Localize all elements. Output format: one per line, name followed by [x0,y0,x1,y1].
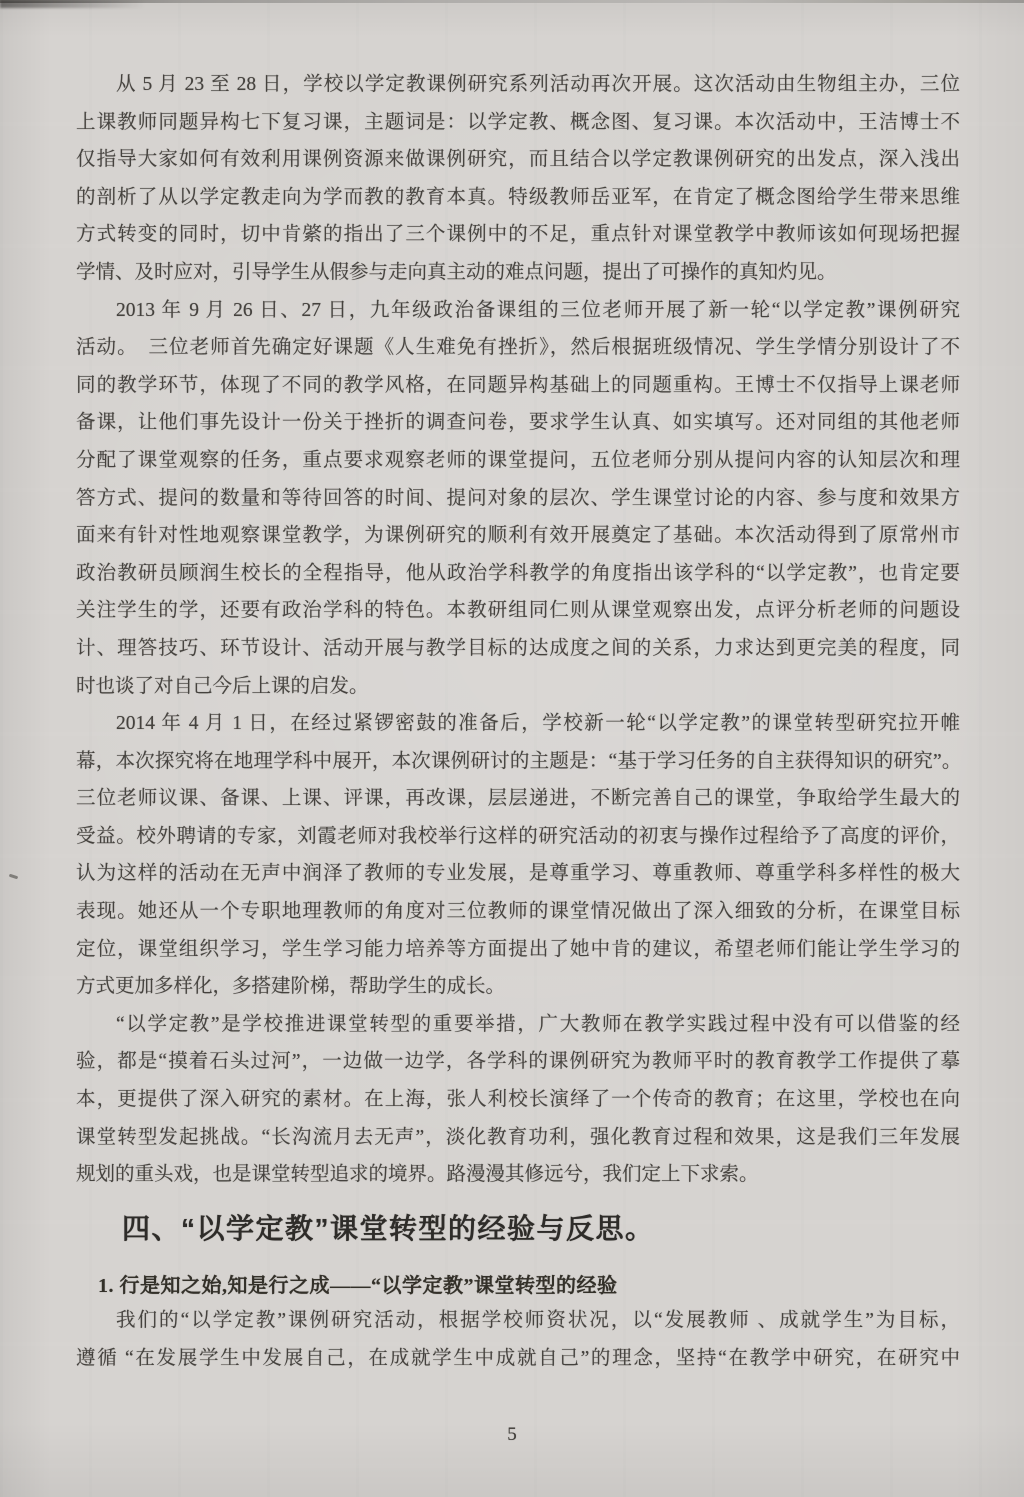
text-line: 受益。校外聘请的专家，刘霞老师对我校举行这样的研究活动的初衷与操作过程给予了高度… [76,818,960,856]
text-line: 政治教研员顾润生校长的全程指导，他从政治学科教学的角度指出该学科的“以学定教”，… [76,555,960,593]
text-line: 定位，课堂组织学习，学生学习能力培养等方面提出了她中肯的建议，希望老师们能让学生… [76,931,960,969]
text-line: 本，更提供了深入研究的素材。在上海，张人利校长演绎了一个传奇的教育；在这里，学校… [76,1081,960,1119]
text-line: 遵循 “在发展学生中发展自己，在成就学生中成就自己”的理念，坚持“在教学中研究，… [76,1340,960,1378]
text-line: 三位老师议课、备课、上课、评课，再改课，层层递进，不断完善自己的课堂，争取给学生… [76,780,960,818]
text-line: 规划的重头戏，也是课堂转型追求的境界。路漫漫其修远兮，我们定上下求索。 [76,1156,960,1194]
scan-corner-shadow [0,0,170,8]
document-page: 从 5 月 23 至 28 日，学校以学定教课例研究系列活动再次开展。这次活动由… [0,0,1024,1497]
text-line: 方式更加多样化，多搭建阶梯，帮助学生的成长。 [76,968,960,1006]
text-line: 验，都是“摸着石头过河”，一边做一边学，各学科的课例研究为教师平时的教育教学工作… [76,1043,960,1081]
text-line: 答方式、提问的数量和等待回答的时间、提问对象的层次、学生课堂讨论的内容、参与度和… [76,480,960,518]
text-line: 2014 年 4 月 1 日，在经过紧锣密鼓的准备后，学校新一轮“以学定教”的课… [76,705,960,743]
text-line: 学情、及时应对，引导学生从假参与走向真主动的难点问题，提出了可操作的真知灼见。 [76,254,960,292]
text-line: 仅指导大家如何有效利用课例资源来做课例研究，而且结合以学定教课例研究的出发点，深… [76,141,960,179]
text-line: 分配了课堂观察的任务，重点要求观察老师的课堂提问，五位老师分别从提问内容的认知层… [76,442,960,480]
text-line: 我们的“以学定教”课例研究活动，根据学校师资状况，以“发展教师 、成就学生”为目… [76,1302,960,1340]
text-line: 计、理答技巧、环节设计、活动开展与教学目标的达成度之间的关系，力求达到更完美的程… [76,630,960,668]
text-line: 幕，本次探究将在地理学科中展开，本次课例研讨的主题是：“基于学习任务的自主获得知… [76,743,960,781]
text-line: 的剖析了从以学定教走向为学而教的教育本真。特级教师岳亚军，在肯定了概念图给学生带… [76,179,960,217]
paragraph: 我们的“以学定教”课例研究活动，根据学校师资状况，以“发展教师 、成就学生”为目… [76,1302,960,1378]
text-line: 表现。她还从一个专职地理教师的角度对三位教师的课堂情况做出了深入细致的分析，在课… [76,893,960,931]
text-line: 课堂转型发起挑战。“长沟流月去无声”，淡化教育功利，强化教育过程和效果，这是我们… [76,1119,960,1157]
text-line: 面来有针对性地观察课堂教学，为课例研究的顺利有效开展奠定了基础。本次活动得到了原… [76,517,960,555]
page-number: 5 [0,1424,1024,1446]
subsection-heading: 1. 行是知之始,知是行之成——“以学定教”课堂转型的经验 [76,1272,960,1300]
text-line: 关注学生的学，还要有政治学科的特色。本教研组同仁则从课堂观察出发，点评分析老师的… [76,592,960,630]
text-line: 备课，让他们事先设计一份关于挫折的调查问卷，要求学生认真、如实填写。还对同组的其… [76,404,960,442]
text-line: “以学定教”是学校推进课堂转型的重要举措，广大教师在教学实践过程中没有可以借鉴的… [76,1006,960,1044]
text-line: 上课教师同题异构七下复习课，主题词是：以学定教、概念图、复习课。本次活动中，王洁… [76,104,960,142]
text-line: 时也谈了对自己今后上课的启发。 [76,668,960,706]
text-line: 同的教学环节，体现了不同的教学风格，在同题异构基础上的同题重构。王博士不仅指导上… [76,367,960,405]
text-line: 从 5 月 23 至 28 日，学校以学定教课例研究系列活动再次开展。这次活动由… [76,66,960,104]
text-line: 认为这样的活动在无声中润泽了教师的专业发展，是尊重学习、尊重教师、尊重学科多样性… [76,855,960,893]
text-line: 方式转变的同时，切中肯綮的指出了三个课例中的不足，重点针对课堂教学中教师该如何现… [76,216,960,254]
text-line: 2013 年 9 月 26 日、27 日，九年级政治备课组的三位老师开展了新一轮… [76,292,960,330]
body-text: 从 5 月 23 至 28 日，学校以学定教课例研究系列活动再次开展。这次活动由… [76,66,960,1378]
section-heading: 四、“以学定教”课堂转型的经验与反思。 [76,1212,960,1246]
margin-speck-artifact [9,874,18,880]
text-line: 活动。 三位老师首先确定好课题《人生难免有挫折》，然后根据班级情况、学生学情分别… [76,329,960,367]
